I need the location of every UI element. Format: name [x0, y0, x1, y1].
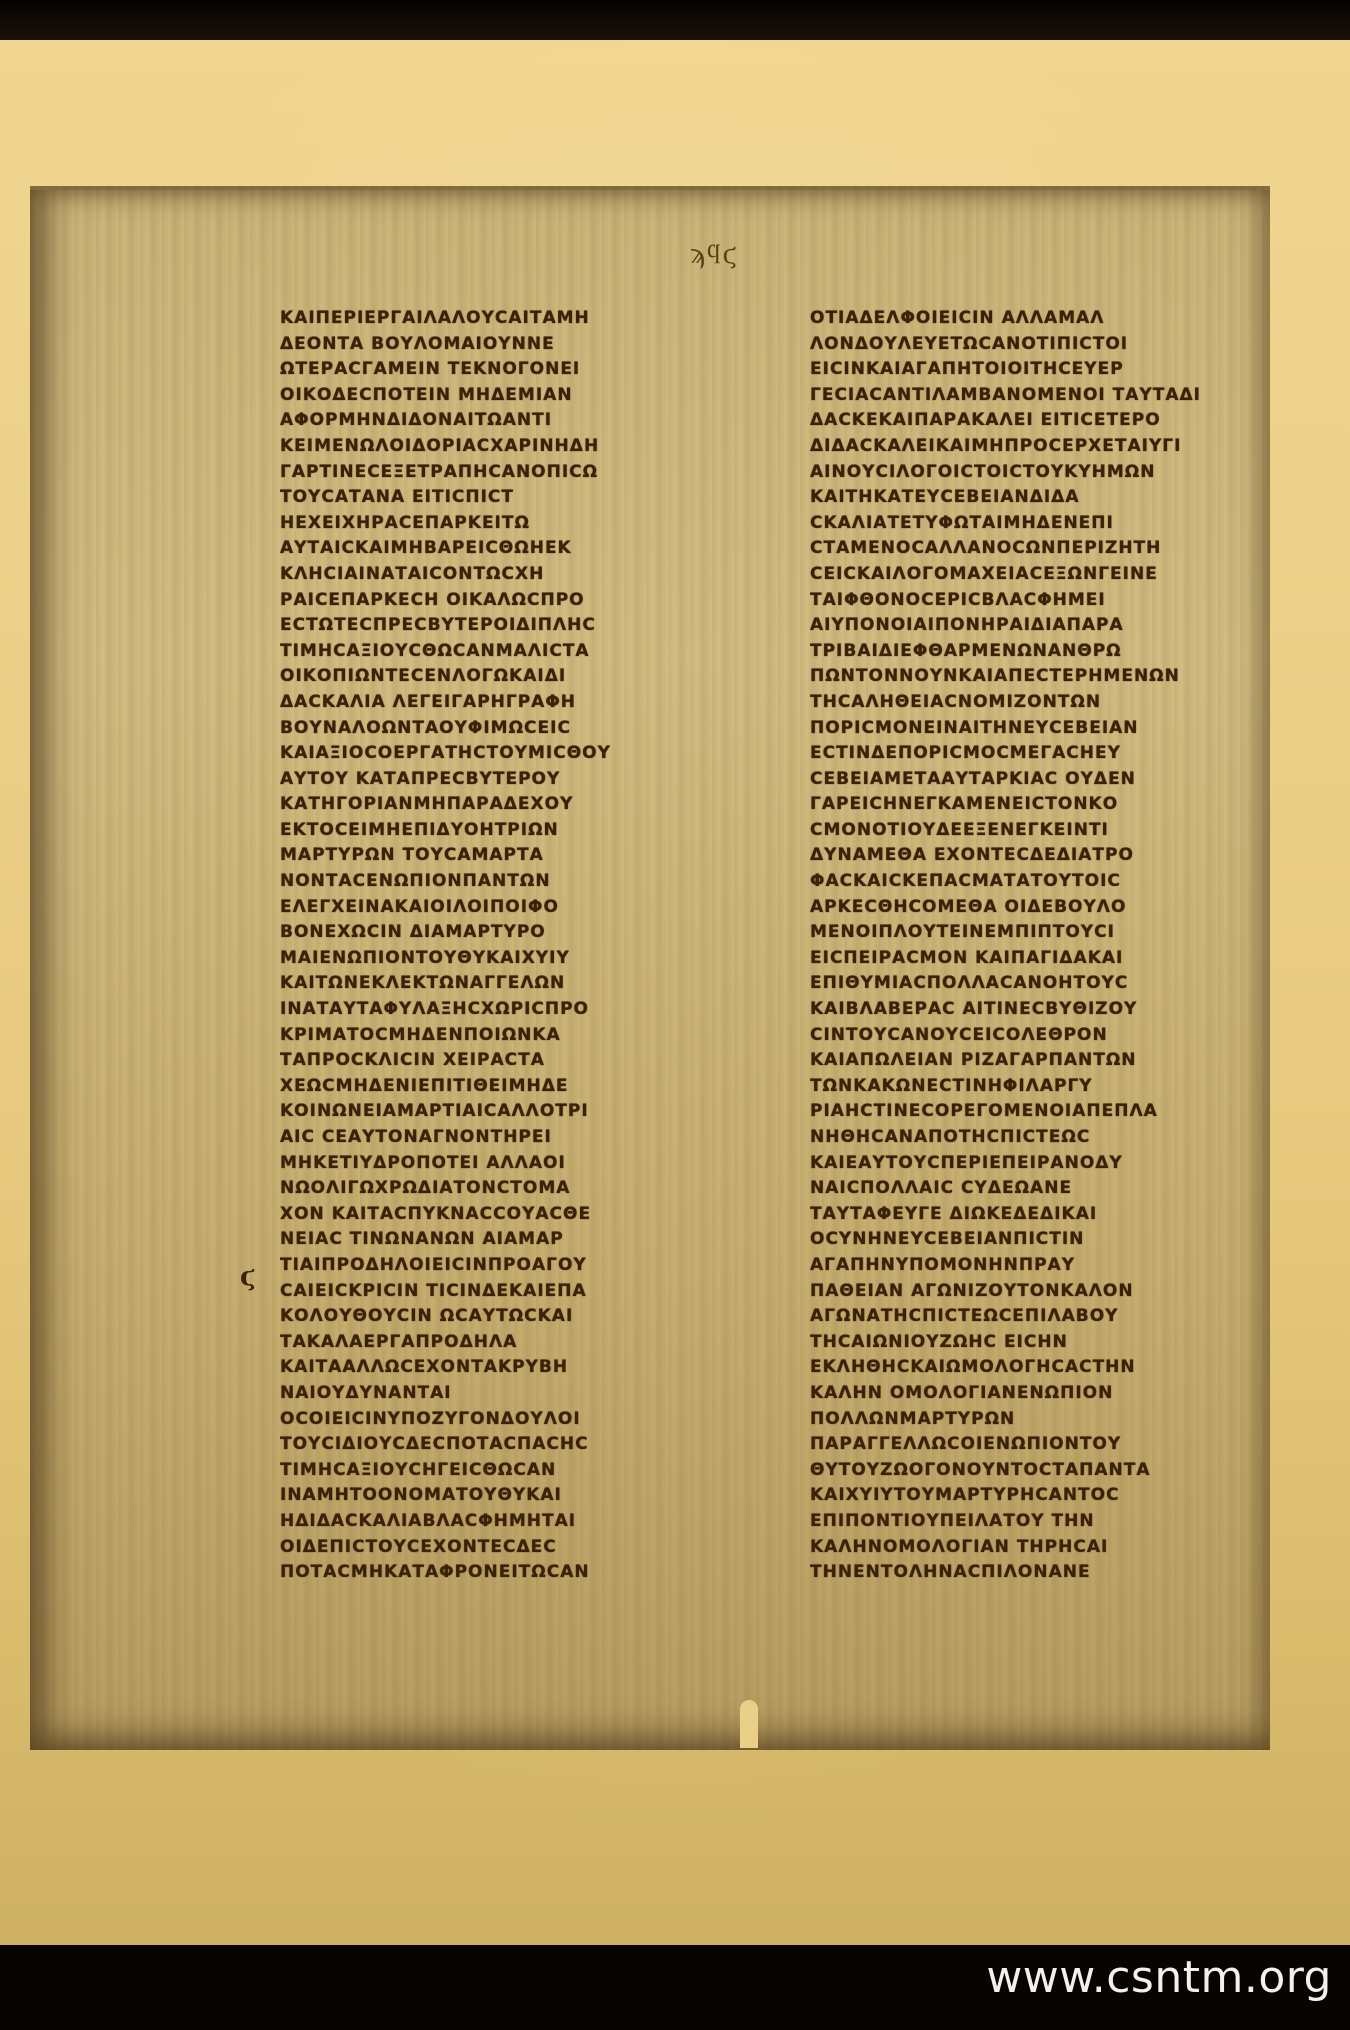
manuscript-line: ΜΑΙΕΝΩΠΙΟΝΤΟΥΘΥΚΑΙΧΥΙΥ: [280, 946, 700, 972]
manuscript-line: ΑΓΩΝΑΤΗϹΠΙϹΤΕΩϹΕΠΙΛΑΒΟΥ: [810, 1304, 1250, 1330]
manuscript-line: ΤΩΝΚΑΚΩΝΕϹΤΙΝΗΦΙΛΑΡΓΥ: [810, 1074, 1250, 1100]
manuscript-line: ΑΡΚΕϹΘΗϹΟΜΕΘΑ ΟΙΔΕΒΟΥΛΟ: [810, 895, 1250, 921]
manuscript-line: ΠΟΛΛΩΝΜΑΡΤΥΡΩΝ: [810, 1407, 1250, 1433]
manuscript-line: ΘΥΤΟΥΖΩΟΓΟΝΟΥΝΤΟϹΤΑΠΑΝΤΑ: [810, 1458, 1250, 1484]
manuscript-line: ΔΙΔΑϹΚΑΛΕΙΚΑΙΜΗΠΡΟϹΕΡΧΕΤΑΙΥΓΙ: [810, 434, 1250, 460]
manuscript-line: ΤΙΑΙΠΡΟΔΗΛΟΙΕΙϹΙΝΠΡΟΑΓΟΥ: [280, 1253, 700, 1279]
manuscript-line: ΠΩΝΤΟΝΝΟΥΝΚΑΙΑΠΕϹΤΕΡΗΜΕΝΩΝ: [810, 664, 1250, 690]
manuscript-line: ΠΟΤΑϹΜΗΚΑΤΑΦΡΟΝΕΙΤΩϹΑΝ: [280, 1560, 700, 1586]
manuscript-line: ϹΕΒΕΙΑΜΕΤΑΑΥΤΑΡΚΙΑϹ ΟΥΔΕΝ: [810, 767, 1250, 793]
manuscript-line: ΚΑΙΤΗΚΑΤΕΥϹΕΒΕΙΑΝΔΙΔΑ: [810, 485, 1250, 511]
manuscript-line: ΚΑΙΑΠΩΛΕΙΑΝ ΡΙΖΑΓΑΡΠΑΝΤΩΝ: [810, 1048, 1250, 1074]
manuscript-line: ΒΟΥΝΑΛΟΩΝΤΑΟΥΦΙΜΩϹΕΙϹ: [280, 716, 700, 742]
manuscript-line: ΓΑΡΕΙϹΗΝΕΓΚΑΜΕΝΕΙϹΤΟΝΚΟ: [810, 792, 1250, 818]
manuscript-line: ΝΟΝΤΑϹΕΝΩΠΙΟΝΠΑΝΤΩΝ: [280, 869, 700, 895]
manuscript-line: ΚΑΙΤΩΝΕΚΛΕΚΤΩΝΑΓΓΕΛΩΝ: [280, 971, 700, 997]
manuscript-line: ΤΟΥϹΑΤΑΝΑ ΕΙΤΙϹΠΙϹΤ: [280, 485, 700, 511]
manuscript-line: ΒΟΝΕΧΩϹΙΝ ΔΙΑΜΑΡΤΥΡΟ: [280, 920, 700, 946]
manuscript-line: ϹΤΑΜΕΝΟϹΑΛΛΑΝΟϹΩΝΠΕΡΙΖΗΤΗ: [810, 536, 1250, 562]
manuscript-line: ΩΤΕΡΑϹΓΑΜΕΙΝ ΤΕΚΝΟΓΟΝΕΙ: [280, 357, 700, 383]
manuscript-line: ΤΙΜΗϹΑΞΙΟΥϹΘΩϹΑΝΜΑΛΙϹΤΑ: [280, 639, 700, 665]
manuscript-line: ΚΑΙΧΥΙΥΤΟΥΜΑΡΤΥΡΗϹΑΝΤΟϹ: [810, 1483, 1250, 1509]
manuscript-line: ΠΟΡΙϹΜΟΝΕΙΝΑΙΤΗΝΕΥϹΕΒΕΙΑΝ: [810, 716, 1250, 742]
manuscript-line: ΟϹΟΙΕΙϹΙΝΥΠΟΖΥΓΟΝΔΟΥΛΟΙ: [280, 1407, 700, 1433]
manuscript-line: ΓΑΡΤΙΝΕϹΕΞΕΤΡΑΠΗϹΑΝΟΠΙϹΩ: [280, 460, 700, 486]
manuscript-line: ΔΑϹΚΑΛΙΑ ΛΕΓΕΙΓΑΡΗΓΡΑΦΗ: [280, 690, 700, 716]
manuscript-line: ΙΝΑΜΗΤΟΟΝΟΜΑΤΟΥΘΥΚΑΙ: [280, 1483, 700, 1509]
manuscript-line: ΜΑΡΤΥΡΩΝ ΤΟΥϹΑΜΑΡΤΑ: [280, 843, 700, 869]
manuscript-line: ΚΑΙΑΞΙΟϹΟΕΡΓΑΤΗϹΤΟΥΜΙϹΘΟΥ: [280, 741, 700, 767]
manuscript-line: ΤΡΙΒΑΙΔΙΕΦΘΑΡΜΕΝΩΝΑΝΘΡΩ: [810, 639, 1250, 665]
manuscript-line: ΟΙΚΟΠΙΩΝΤΕϹΕΝΛΟΓΩΚΑΙΔΙ: [280, 664, 700, 690]
manuscript-line: ΝΑΙϹΠΟΛΛΑΙϹ ϹΥΔΕΩΑΝΕ: [810, 1176, 1250, 1202]
manuscript-line: ΕϹΤΩΤΕϹΠΡΕϹΒΥΤΕΡΟΙΔΙΠΛΗϹ: [280, 613, 700, 639]
manuscript-line: ϹΜΟΝΟΤΙΟΥΔΕΕΞΕΝΕΓΚΕΙΝΤΙ: [810, 818, 1250, 844]
manuscript-line: ΦΑϹΚΑΙϹΚΕΠΑϹΜΑΤΑΤΟΥΤΟΙϹ: [810, 869, 1250, 895]
manuscript-line: ΚΑΙΕΑΥΤΟΥϹΠΕΡΙΕΠΕΙΡΑΝΟΔΥ: [810, 1151, 1250, 1177]
manuscript-line: ΜΗΚΕΤΙΥΔΡΟΠΟΤΕΙ ΑΛΛΑΟΙ: [280, 1151, 700, 1177]
manuscript-line: ΠΑΡΑΓΓΕΛΛΩϹΟΙΕΝΩΠΙΟΝΤΟΥ: [810, 1432, 1250, 1458]
manuscript-line: ΑΥΤΟΥ ΚΑΤΑΠΡΕϹΒΥΤΕΡΟΥ: [280, 767, 700, 793]
manuscript-line: ΡΙΑΗϹΤΙΝΕϹΟΡΕΓΟΜΕΝΟΙΑΠΕΠΛΑ: [810, 1099, 1250, 1125]
left-text-column: ΚΑΙΠΕΡΙΕΡΓΑΙΛΑΛΟΥϹΑΙΤΑΜΗΔΕΟΝΤΑ ΒΟΥΛΟΜΑΙΟ…: [280, 306, 700, 1586]
manuscript-line: ϹΚΑΛΙΑΤΕΤΥΦΩΤΑΙΜΗΔΕΝΕΠΙ: [810, 511, 1250, 537]
manuscript-line: ΚΑΛΗΝΟΜΟΛΟΓΙΑΝ ΤΗΡΗϹΑΙ: [810, 1535, 1250, 1561]
manuscript-line: ΚΑΙΤΑΑΛΛΩϹΕΧΟΝΤΑΚΡΥΒΗ: [280, 1355, 700, 1381]
manuscript-line: ΑΙϹ ϹΕΑΥΤΟΝΑΓΝΟΝΤΗΡΕΙ: [280, 1125, 700, 1151]
manuscript-line: ΟϹΥΝΗΝΕΥϹΕΒΕΙΑΝΠΙϹΤΙΝ: [810, 1227, 1250, 1253]
manuscript-line: ΑΙΥΠΟΝΟΙΑΙΠΟΝΗΡΑΙΔΙΑΠΑΡΑ: [810, 613, 1250, 639]
manuscript-line: ΑΓΑΠΗΝΥΠΟΜΟΝΗΝΠΡΑΥ: [810, 1253, 1250, 1279]
manuscript-line: ΚΑΤΗΓΟΡΙΑΝΜΗΠΑΡΑΔΕΧΟΥ: [280, 792, 700, 818]
manuscript-line: ΚΟΙΝΩΝΕΙΑΜΑΡΤΙΑΙϹΑΛΛΟΤΡΙ: [280, 1099, 700, 1125]
manuscript-line: ΕΚΤΟϹΕΙΜΗΕΠΙΔΥΟΗΤΡΙΩΝ: [280, 818, 700, 844]
manuscript-line: ΔΑϹΚΕΚΑΙΠΑΡΑΚΑΛΕΙ ΕΙΤΙϹΕΤΕΡΟ: [810, 408, 1250, 434]
manuscript-line: ΧΕΩϹΜΗΔΕΝΙΕΠΙΤΙΘΕΙΜΗΔΕ: [280, 1074, 700, 1100]
manuscript-line: ΚΕΙΜΕΝΩΛΟΙΔΟΡΙΑϹΧΑΡΙΝΗΔΗ: [280, 434, 700, 460]
watermark-url: www.csntm.org: [986, 1952, 1332, 2003]
manuscript-line: ΝΗΘΗϹΑΝΑΠΟΤΗϹΠΙϹΤΕΩϹ: [810, 1125, 1250, 1151]
manuscript-line: ΚΛΗϹΙΑΙΝΑΤΑΙϹΟΝΤΩϹΧΗ: [280, 562, 700, 588]
manuscript-line: ΕΚΛΗΘΗϹΚΑΙΩΜΟΛΟΓΗϹΑϹΤΗΝ: [810, 1355, 1250, 1381]
manuscript-line: ϹΑΙΕΙϹΚΡΙϹΙΝ ΤΙϹΙΝΔΕΚΑΙΕΠΑ: [280, 1279, 700, 1305]
manuscript-line: ΝΑΙΟΥΔΥΝΑΝΤΑΙ: [280, 1381, 700, 1407]
manuscript-line: ΕϹΤΙΝΔΕΠΟΡΙϹΜΟϹΜΕΓΑϹΗΕΥ: [810, 741, 1250, 767]
manuscript-line: ΝΩΟΛΙΓΩΧΡΩΔΙΑΤΟΝϹΤΟΜΑ: [280, 1176, 700, 1202]
manuscript-line: ΔΕΟΝΤΑ ΒΟΥΛΟΜΑΙΟΥΝΝΕ: [280, 332, 700, 358]
manuscript-line: ΤΗΝΕΝΤΟΛΗΝΑϹΠΙΛΟΝΑΝΕ: [810, 1560, 1250, 1586]
manuscript-line: ΚΟΛΟΥΘΟΥϹΙΝ ΩϹΑΥΤΩϹΚΑΙ: [280, 1304, 700, 1330]
right-text-column: ΟΤΙΑΔΕΛΦΟΙΕΙϹΙΝ ΑΛΛΑΜΑΛΛΟΝΔΟΥΛΕΥΕΤΩϹΑΝΟΤ…: [810, 306, 1250, 1586]
manuscript-line: ΤΑΥΤΑΦΕΥΓΕ ΔΙΩΚΕΔΕΔΙΚΑΙ: [810, 1202, 1250, 1228]
manuscript-line: ΚΑΙΒΛΑΒΕΡΑϹ ΑΙΤΙΝΕϹΒΥΘΙΖΟΥ: [810, 997, 1250, 1023]
manuscript-line: ΕΛΕΓΧΕΙΝΑΚΑΙΟΙΛΟΙΠΟΙΦΟ: [280, 895, 700, 921]
manuscript-line: ΕΠΙΠΟΝΤΙΟΥΠΕΙΛΑΤΟΥ ΤΗΝ: [810, 1509, 1250, 1535]
manuscript-line: ΑΙΝΟΥϹΙΛΟΓΟΙϹΤΟΙϹΤΟΥΚΥΗΜΩΝ: [810, 460, 1250, 486]
manuscript-line: ΔΥΝΑΜΕΘΑ ΕΧΟΝΤΕϹΔΕΔΙΑΤΡΟ: [810, 843, 1250, 869]
manuscript-line: ΡΑΙϹΕΠΑΡΚΕϹΗ ΟΙΚΑΛΩϹΠΡΟ: [280, 588, 700, 614]
manuscript-line: ϹΕΙϹΚΑΙΛΟΓΟΜΑΧΕΙΑϹΕΞΩΝΓΕΙΝΕ: [810, 562, 1250, 588]
manuscript-line: ΤΗϹΑΛΗΘΕΙΑϹΝΟΜΙΖΟΝΤΩΝ: [810, 690, 1250, 716]
manuscript-line: ΤΑΠΡΟϹΚΛΙϹΙΝ ΧΕΙΡΑϹΤΑ: [280, 1048, 700, 1074]
manuscript-line: ΕΙϹΠΕΙΡΑϹΜΟΝ ΚΑΙΠΑΓΙΔΑΚΑΙ: [810, 946, 1250, 972]
margin-section-mark: ϛ: [240, 1262, 256, 1292]
manuscript-line: ΤΗϹΑΙΩΝΙΟΥΖΩΗϹ ΕΙϹΗΝ: [810, 1330, 1250, 1356]
manuscript-line: ΟΤΙΑΔΕΛΦΟΙΕΙϹΙΝ ΑΛΛΑΜΑΛ: [810, 306, 1250, 332]
manuscript-line: ΙΝΑΤΑΥΤΑΦΥΛΑΞΗϹΧΩΡΙϹΠΡΟ: [280, 997, 700, 1023]
manuscript-line: ΝΕΙΑϹ ΤΙΝΩΝΑΝΩΝ ΑΙΑΜΑΡ: [280, 1227, 700, 1253]
manuscript-line: ΟΙΚΟΔΕϹΠΟΤΕΙΝ ΜΗΔΕΜΙΑΝ: [280, 383, 700, 409]
manuscript-line: ΗΔΙΔΑϹΚΑΛΙΑΒΛΑϹΦΗΜΗΤΑΙ: [280, 1509, 700, 1535]
manuscript-line: ΤΙΜΗϹΑΞΙΟΥϹΗΓΕΙϹΘΩϹΑΝ: [280, 1458, 700, 1484]
page-number: ϡϥϛ: [690, 240, 739, 270]
manuscript-line: ΤΑΚΑΛΑΕΡΓΑΠΡΟΔΗΛΑ: [280, 1330, 700, 1356]
manuscript-line: ΛΟΝΔΟΥΛΕΥΕΤΩϹΑΝΟΤΙΠΙϹΤΟΙ: [810, 332, 1250, 358]
manuscript-line: ϹΙΝΤΟΥϹΑΝΟΥϹΕΙϹΟΛΕΘΡΟΝ: [810, 1023, 1250, 1049]
manuscript-line: ΚΑΙΠΕΡΙΕΡΓΑΙΛΑΛΟΥϹΑΙΤΑΜΗ: [280, 306, 700, 332]
manuscript-line: ΚΡΙΜΑΤΟϹΜΗΔΕΝΠΟΙΩΝΚΑ: [280, 1023, 700, 1049]
top-black-band: [0, 0, 1350, 42]
manuscript-line: ΜΕΝΟΙΠΛΟΥΤΕΙΝΕΜΠΙΠΤΟΥϹΙ: [810, 920, 1250, 946]
manuscript-line: ΓΕϹΙΑϹΑΝΤΙΛΑΜΒΑΝΟΜΕΝΟΙ ΤΑΥΤΑΔΙ: [810, 383, 1250, 409]
manuscript-line: ΕΠΙΘΥΜΙΑϹΠΟΛΛΑϹΑΝΟΗΤΟΥϹ: [810, 971, 1250, 997]
manuscript-line: ΑΦΟΡΜΗΝΔΙΔΟΝΑΙΤΩΑΝΤΙ: [280, 408, 700, 434]
page-tear: [740, 1700, 758, 1748]
manuscript-line: ΟΙΔΕΠΙϹΤΟΥϹΕΧΟΝΤΕϹΔΕϹ: [280, 1535, 700, 1561]
manuscript-line: ΑΥΤΑΙϹΚΑΙΜΗΒΑΡΕΙϹΘΩΗΕΚ: [280, 536, 700, 562]
manuscript-line: ΠΑΘΕΙΑΝ ΑΓΩΝΙΖΟΥΤΟΝΚΑΛΟΝ: [810, 1279, 1250, 1305]
manuscript-line: ΕΙϹΙΝΚΑΙΑΓΑΠΗΤΟΙΟΙΤΗϹΕΥΕΡ: [810, 357, 1250, 383]
manuscript-line: ΚΑΛΗΝ ΟΜΟΛΟΓΙΑΝΕΝΩΠΙΟΝ: [810, 1381, 1250, 1407]
manuscript-line: ΗΕΧΕΙΧΗΡΑϹΕΠΑΡΚΕΙΤΩ: [280, 511, 700, 537]
manuscript-line: ΧΟΝ ΚΑΙΤΑϹΠΥΚΝΑϹϹΟΥΑϹΘΕ: [280, 1202, 700, 1228]
manuscript-line: ΤΟΥϹΙΔΙΟΥϹΔΕϹΠΟΤΑϹΠΑϹΗϹ: [280, 1432, 700, 1458]
manuscript-line: ΤΑΙΦΘΟΝΟϹΕΡΙϹΒΛΑϹΦΗΜΕΙ: [810, 588, 1250, 614]
